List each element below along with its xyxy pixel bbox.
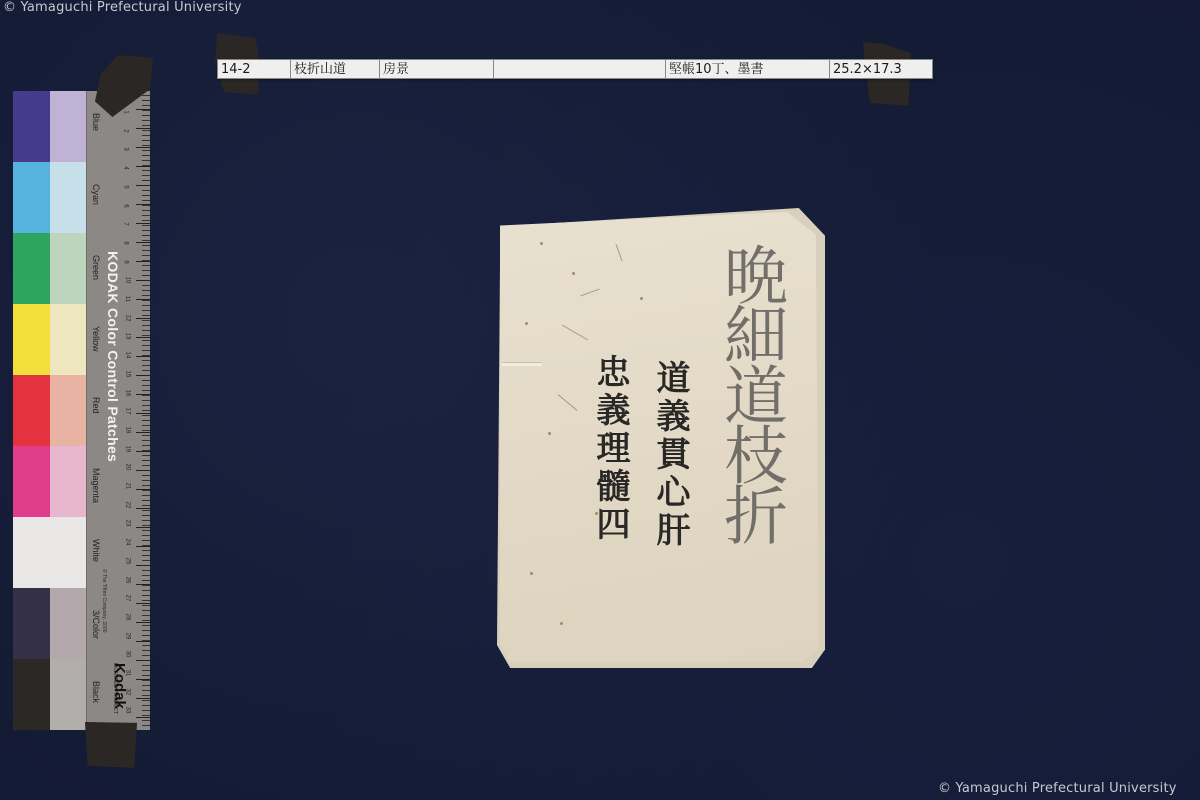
patch-label: Yellow [91,326,101,352]
kodak-logo: Kodak [111,663,128,709]
patch-light [50,375,87,446]
tick-number: 12 [124,314,130,321]
patch-light [50,162,87,233]
tick-number: 20 [124,464,130,471]
tick-number: 29 [124,632,130,639]
tick-number: 15 [124,370,130,377]
tick-number: 3 [123,148,129,151]
tick-number: 2 [123,129,129,132]
paper-speck [525,322,528,325]
ruler-major-ticks [136,91,150,730]
tick-number: 9 [123,260,129,263]
patch-light [50,446,87,517]
booklet-subtitle-a: 道義貫心肝 [653,360,687,550]
paper-speck [540,242,543,245]
tick-number: 4 [123,166,129,169]
tick-number: 27 [124,595,130,602]
patch-dark [13,233,50,304]
tick-number: 25 [124,557,130,564]
patch-label: Magenta [91,468,101,503]
patch-label: 3/Color [91,610,101,639]
patch-dark [13,659,50,730]
paper-speck [560,622,563,625]
patch-label: Cyan [91,184,101,205]
tick-number: 8 [123,241,129,244]
ruler-copyright: © The Tiffen Company, 2000 [101,569,107,632]
tick-number: 16 [124,389,130,396]
patch-light [50,304,87,375]
tick-number: 6 [123,204,129,207]
patch-row-green [13,233,87,304]
patch-dark [13,588,50,659]
patch-light [50,659,87,730]
label-author: 房景 [380,60,494,78]
tick-number: 24 [124,539,130,546]
patch-row-cyan [13,162,87,233]
label-dimensions: 25.2×17.3 [830,60,932,78]
tick-number: 17 [124,408,130,415]
tick-number: 11 [124,296,130,302]
patch-row-black [13,659,87,730]
patch-row-yellow [13,304,87,375]
watermark-bottom: © Yamaguchi Prefectural University [938,781,1177,796]
tick-number: 21 [124,483,130,490]
patch-row-red [13,375,87,446]
catalog-label: 14-2 枝折山道 房景 堅帳10丁、墨書 25.2×17.3 [217,59,933,79]
paper-crack [580,289,599,297]
tick-number: 14 [124,352,130,359]
paper-crack [615,244,622,261]
patch-label: White [91,539,101,562]
patch-label: Green [91,255,101,280]
tick-number: 5 [123,185,129,188]
label-id: 14-2 [218,60,291,78]
label-title: 枝折山道 [291,60,380,78]
watermark-top: © Yamaguchi Prefectural University [3,0,242,15]
patch-dark [13,517,50,588]
patch-light [50,588,87,659]
patch-names: BlueCyanGreenYellowRedMagentaWhite3/Colo… [87,91,105,730]
paper-speck [548,432,551,435]
tape-ruler-bottom [85,722,137,768]
ruler-brand: KODAK Color Control Patches [105,251,121,462]
paper-speck [572,272,575,275]
patch-dark [13,375,50,446]
patch-row-3color [13,588,87,659]
paper-speck [640,297,643,300]
patch-dark [13,162,50,233]
cover-paper: 晩細道枝折 道義貫心肝 忠義理髓四 [500,212,819,662]
spine-fold [502,362,542,366]
patch-light [50,91,87,162]
paper-crack [562,325,588,341]
label-blank [494,60,666,78]
tick-number: 1 [123,110,129,113]
booklet-cover: 晩細道枝折 道義貫心肝 忠義理髓四 [497,208,825,668]
patch-dark [13,446,50,517]
tick-number: 7 [123,223,129,226]
tick-number: 13 [124,333,130,340]
patch-dark [13,91,50,162]
tick-number: 10 [124,277,130,284]
patch-row-magenta [13,446,87,517]
tick-number: 28 [124,614,130,621]
tick-number: 26 [124,576,130,583]
tick-number: 18 [124,427,130,434]
tick-number: 23 [124,520,130,527]
tick-number: 22 [124,501,130,508]
color-control-patches [13,91,87,730]
booklet-title: 晩細道枝折 [718,242,782,542]
ruler: BlueCyanGreenYellowRedMagentaWhite3/Colo… [86,91,150,730]
paper-crack [558,394,578,411]
patch-row-white [13,517,87,588]
label-format: 堅帳10丁、墨書 [666,60,830,78]
patch-row-blue [13,91,87,162]
patch-light [50,517,87,588]
tick-number: 30 [124,651,130,658]
paper-speck [530,572,533,575]
patch-label: Red [91,397,101,414]
booklet-subtitle-b: 忠義理髓四 [593,354,627,544]
patch-dark [13,304,50,375]
patch-label: Black [91,681,101,703]
patch-label: Blue [91,113,101,131]
patch-light [50,233,87,304]
tick-number: 19 [124,445,130,452]
